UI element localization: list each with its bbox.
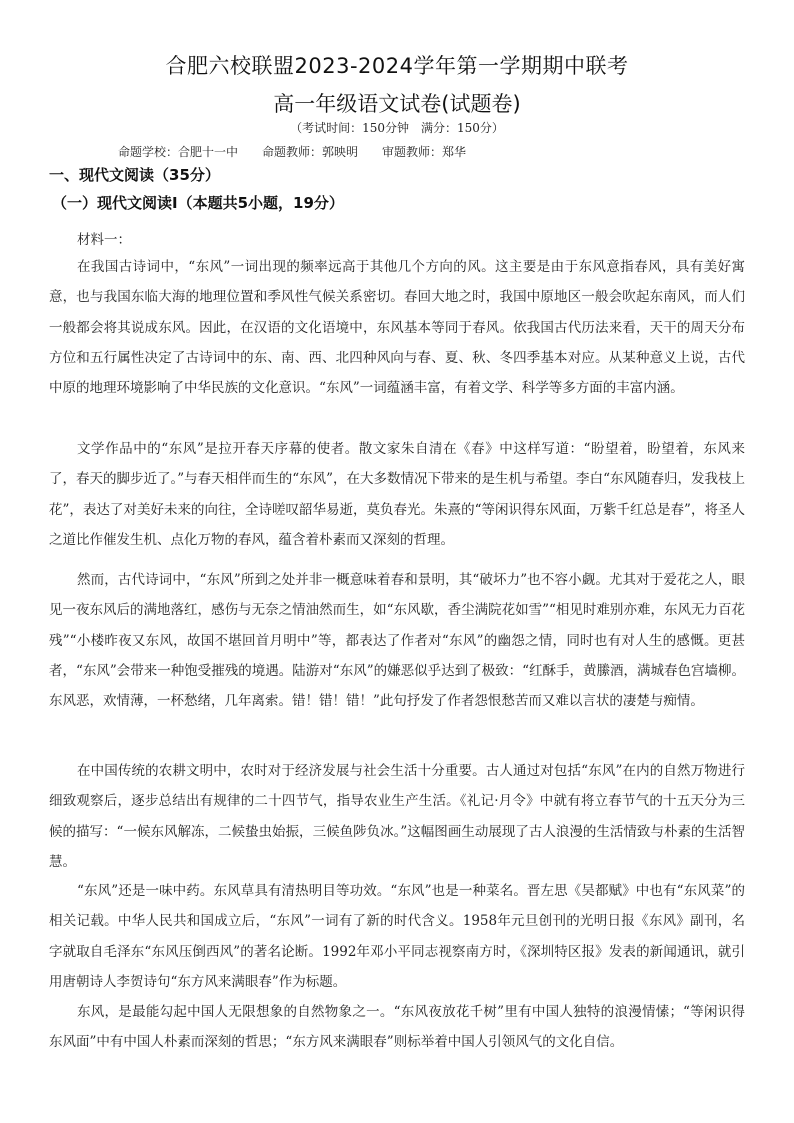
section-heading: 一、现代文阅读（35分）	[49, 164, 220, 185]
paragraph-3-container: 然而，古代诗词中，“东风”所到之处并非一概意味着春和景明，其“破坏力”也不容小觑…	[49, 565, 745, 716]
paragraph: 然而，古代诗词中，“东风”所到之处并非一概意味着春和景明，其“破坏力”也不容小觑…	[49, 565, 745, 716]
paragraph-2-container: 文学作品中的“东风”是拉开春天序幕的使者。散文家朱自清在《春》中这样写道：“盼望…	[49, 434, 745, 555]
exam-page: 合肥六校联盟2023-2024学年第一学期期中联考 高一年级语文试卷(试题卷) …	[0, 0, 794, 1123]
paragraph-1-container: 在我国古诗词中，“东风”一词出现的频率远高于其他几个方向的风。这主要是由于东风意…	[49, 252, 745, 403]
material-label: 材料一：	[77, 228, 131, 248]
paragraph: 在中国传统的农耕文明中，农时对于经济发展与社会生活十分重要。古人通过对包括“东风…	[49, 756, 745, 877]
paragraph: 东风，是最能勾起中国人无限想象的自然物象之一。“东风夜放花千树”里有中国人独特的…	[49, 997, 745, 1058]
exam-title: 合肥六校联盟2023-2024学年第一学期期中联考	[0, 50, 794, 80]
paragraph: 在我国古诗词中，“东风”一词出现的频率远高于其他几个方向的风。这主要是由于东风意…	[49, 252, 745, 403]
exam-subtitle: 高一年级语文试卷(试题卷)	[0, 88, 794, 118]
paragraph-4-container: 在中国传统的农耕文明中，农时对于经济发展与社会生活十分重要。古人通过对包括“东风…	[49, 756, 745, 877]
exam-info: （考试时间：150分钟 满分：150分）	[0, 119, 794, 136]
paragraph-5-container: “东风”还是一味中药。东风草具有清热明目等功效。“东风”也是一种菜名。晋左思《吴…	[49, 876, 745, 997]
paragraph: “东风”还是一味中药。东风草具有清热明目等功效。“东风”也是一种菜名。晋左思《吴…	[49, 876, 745, 997]
paragraph-6-container: 东风，是最能勾起中国人无限想象的自然物象之一。“东风夜放花千树”里有中国人独特的…	[49, 997, 745, 1058]
paragraph: 文学作品中的“东风”是拉开春天序幕的使者。散文家朱自清在《春》中这样写道：“盼望…	[49, 434, 745, 555]
subsection-heading: （一）现代文阅读Ⅰ（本题共5小题，19分）	[52, 192, 344, 213]
exam-authors: 命题学校：合肥十一中 命题教师：郭映明 审题教师：郑华	[118, 143, 466, 160]
